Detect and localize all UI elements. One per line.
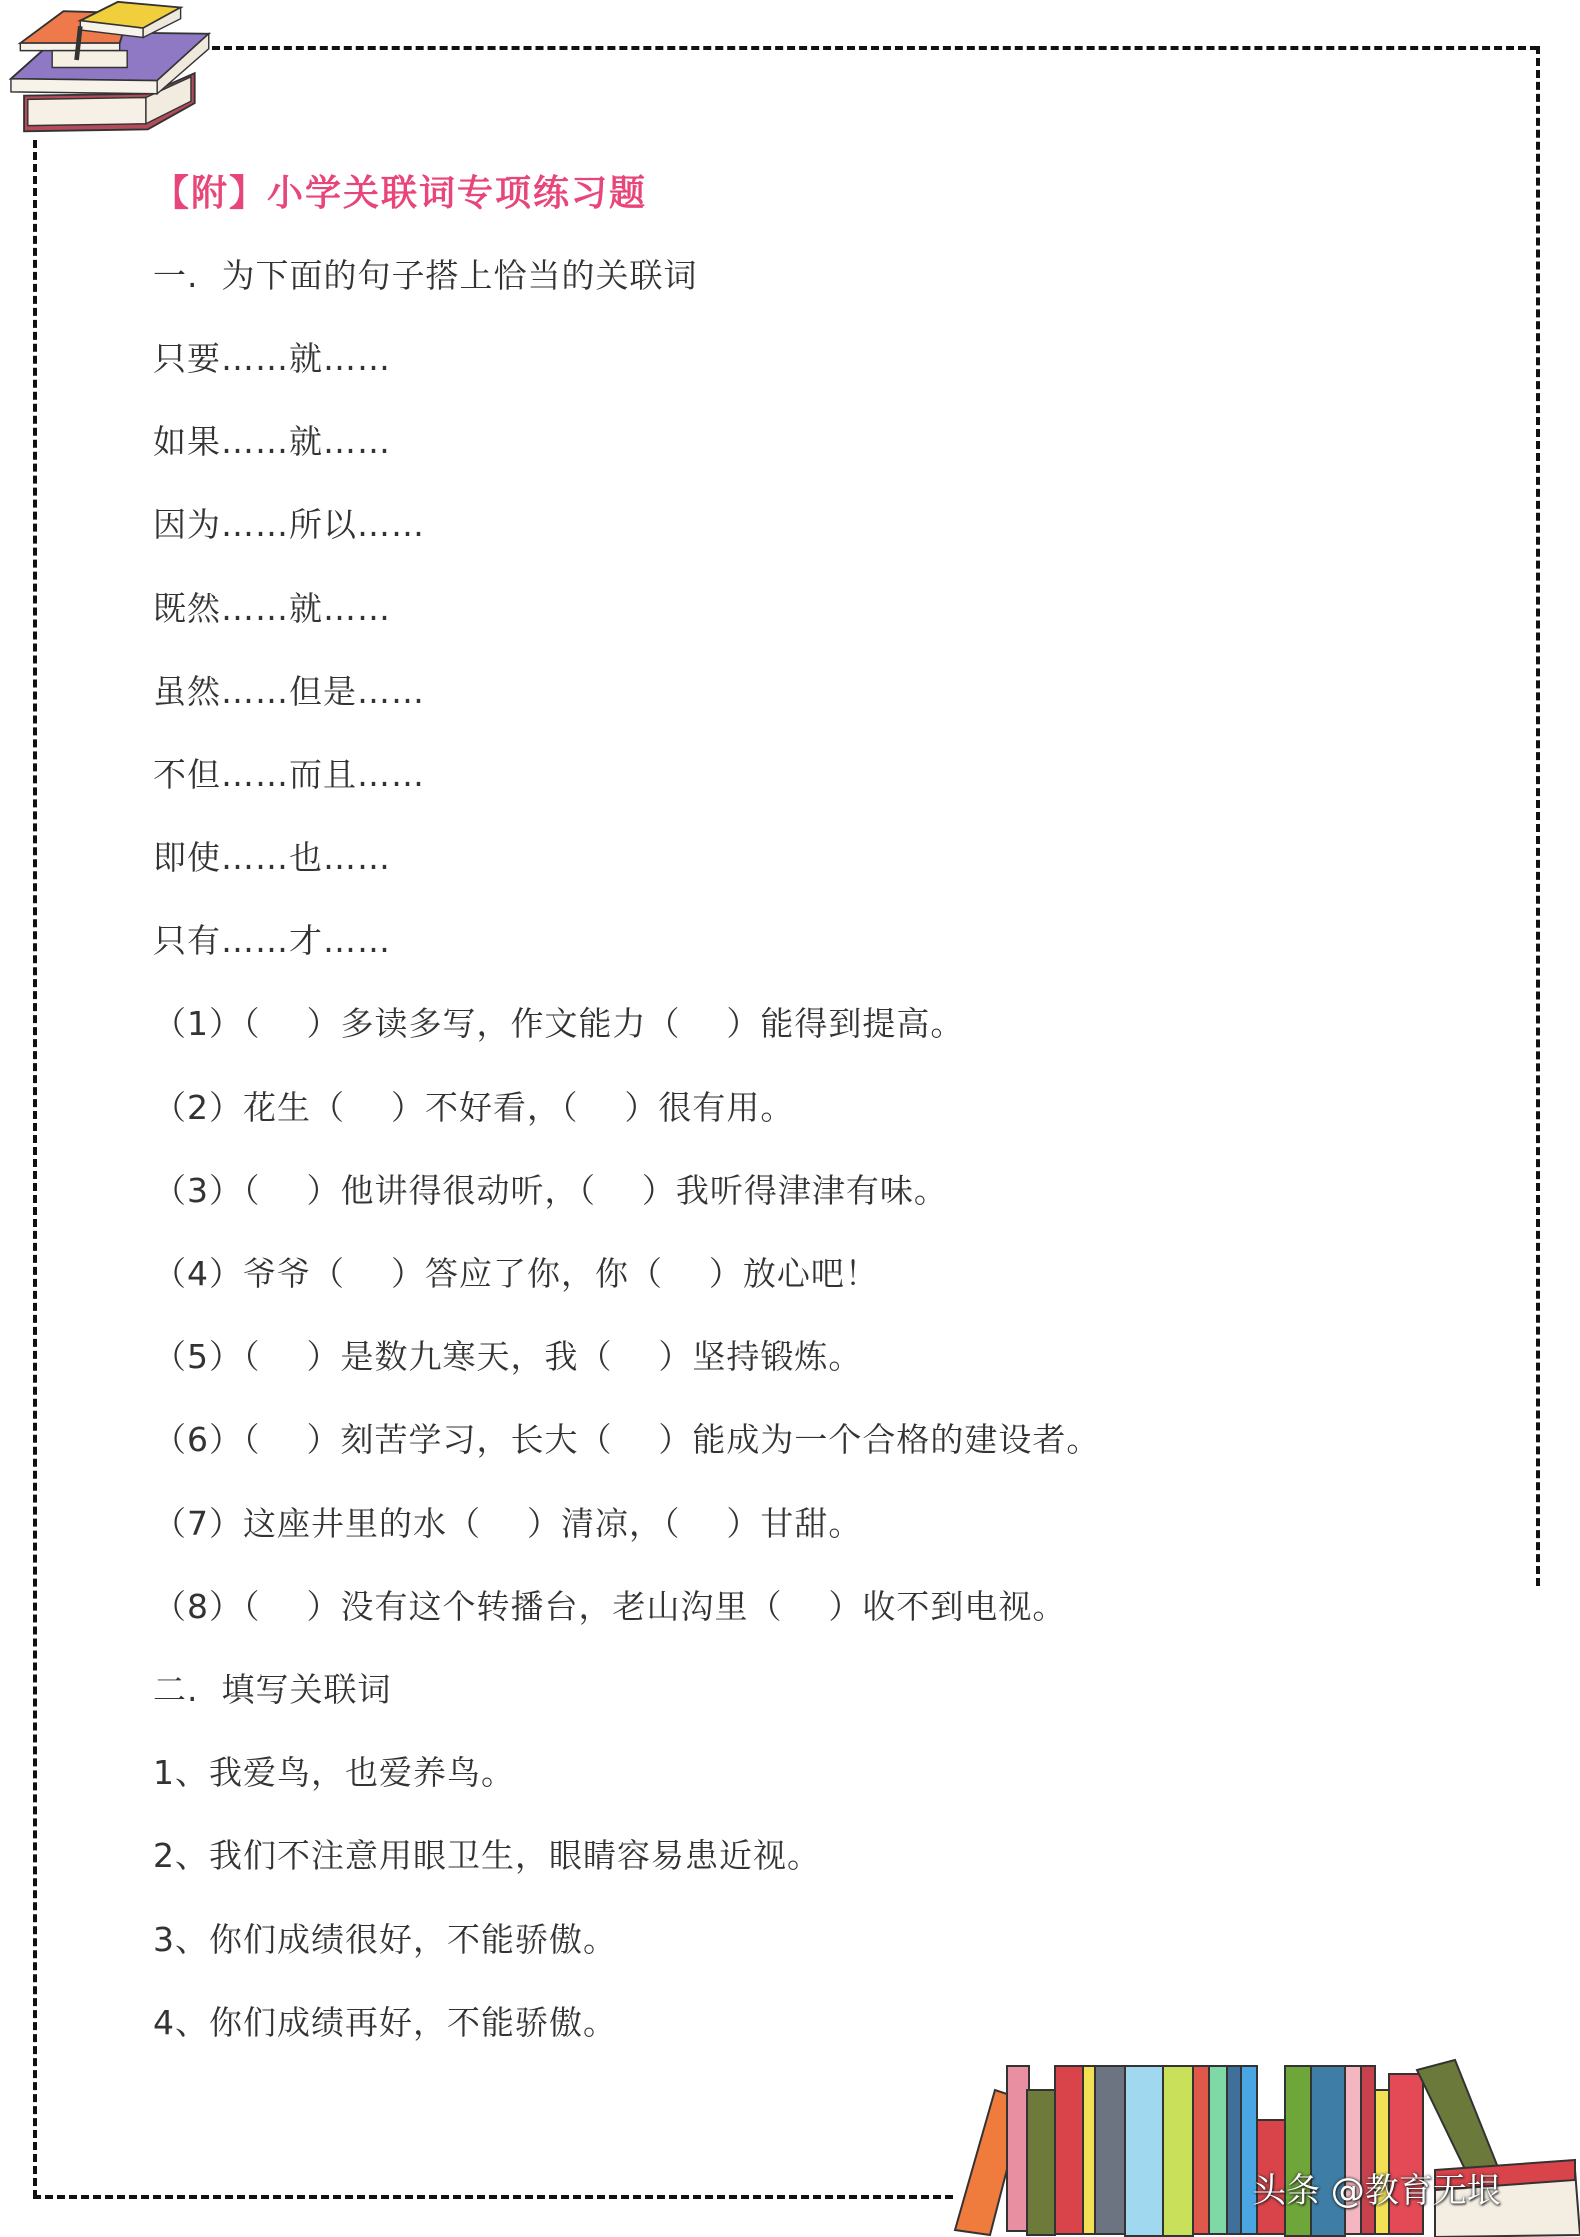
fill-item: 1、我爱鸟，也爱养鸟。 <box>153 1753 515 1793</box>
frame-border-bottom <box>33 2195 953 2199</box>
conjunction-pair: 既然……就…… <box>153 589 391 629</box>
conjunction-pair: 即使……也…… <box>153 838 391 878</box>
conjunction-pair: 虽然……但是…… <box>153 672 425 712</box>
book-stack-icon <box>0 0 230 150</box>
conjunction-pair: 如果……就…… <box>153 422 391 462</box>
page-title: 【附】小学关联词专项练习题 <box>153 174 647 214</box>
section-1-heading: 一. 为下面的句子搭上恰当的关联词 <box>153 256 697 296</box>
fill-item: 4、你们成绩再好，不能骄傲。 <box>153 2003 617 2043</box>
conjunction-pair: 不但……而且…… <box>153 755 425 795</box>
conjunction-pair: 只有……才…… <box>153 921 391 961</box>
exercise-question: （6）（ ）刻苦学习，长大（ ）能成为一个合格的建设者。 <box>153 1420 1100 1460</box>
exercise-question: （3）（ ）他讲得很动听，（ ）我听得津津有味。 <box>153 1171 948 1211</box>
frame-border-left <box>33 140 37 2198</box>
conjunction-pair: 只要……就…… <box>153 339 391 379</box>
watermark: 头条 @教育无垠 <box>1252 2163 1501 2212</box>
exercise-question: （8）（ ）没有这个转播台，老山沟里（ ）收不到电视。 <box>153 1587 1066 1627</box>
frame-border-top <box>200 46 1538 50</box>
fill-item: 2、我们不注意用眼卫生，眼睛容易患近视。 <box>153 1836 821 1876</box>
exercise-question: （7）这座井里的水（ ）清凉，（ ）甘甜。 <box>153 1504 862 1544</box>
exercise-question: （4）爷爷（ ）答应了你，你（ ）放心吧！ <box>153 1254 879 1294</box>
conjunction-pair: 因为……所以…… <box>153 505 425 545</box>
exercise-question: （5）（ ）是数九寒天，我（ ）坚持锻炼。 <box>153 1337 862 1377</box>
fill-item: 3、你们成绩很好，不能骄傲。 <box>153 1920 617 1960</box>
exercise-question: （2）花生（ ）不好看，（ ）很有用。 <box>153 1088 794 1128</box>
exercise-question: （1）（ ）多读多写，作文能力（ ）能得到提高。 <box>153 1004 964 1044</box>
frame-border-right <box>1536 46 1540 1586</box>
section-2-heading: 二. 填写关联词 <box>153 1670 391 1710</box>
